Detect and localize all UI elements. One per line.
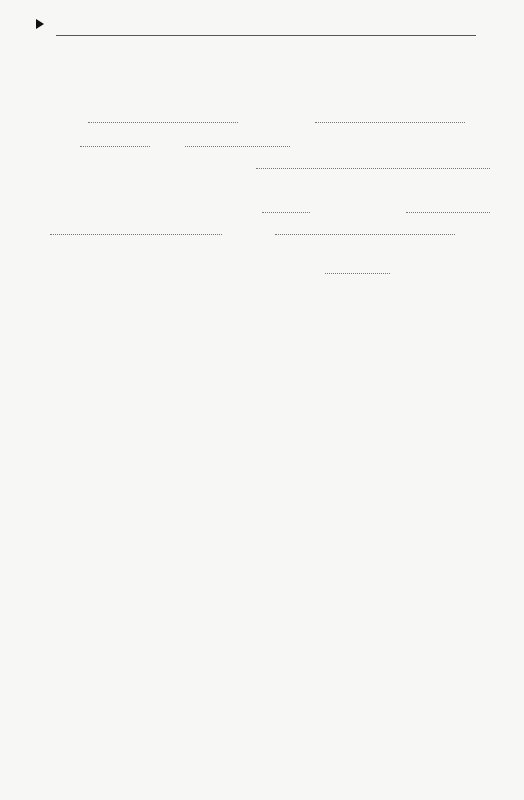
day-line	[80, 146, 150, 147]
pension-declaration-form	[0, 0, 524, 800]
arrow-mark-icon	[36, 19, 44, 29]
appeared-line	[256, 168, 490, 169]
age-line	[262, 212, 310, 213]
town-line	[50, 234, 222, 235]
claimant-county-line	[275, 234, 455, 235]
month-line	[185, 146, 290, 147]
header-rule	[56, 35, 476, 36]
county-line	[315, 122, 465, 123]
enrolled-day-line	[325, 273, 390, 274]
state-line	[88, 122, 238, 123]
resident-line	[406, 212, 490, 213]
